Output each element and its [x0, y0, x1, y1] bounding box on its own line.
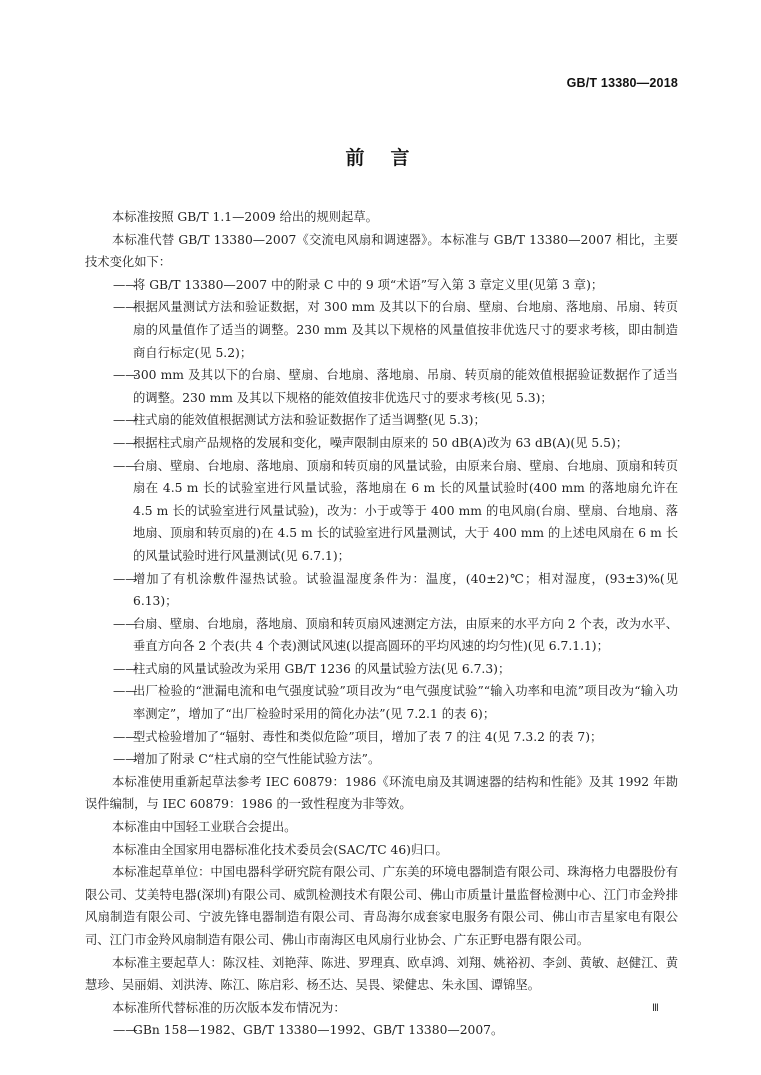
- foreword-body: 本标准按照 GB/T 1.1—2009 给出的规则起草。 本标准代替 GB/T …: [85, 206, 678, 1042]
- paragraph: 本标准起草单位：中国电器科学研究院有限公司、广东美的环境电器制造有限公司、珠海格…: [85, 861, 678, 951]
- dash-mark: ——: [113, 432, 138, 455]
- paragraph: 本标准代替 GB/T 13380—2007《交流电风扇和调速器》。本标准与 GB…: [85, 229, 678, 274]
- dash-mark: ——: [113, 296, 138, 319]
- paragraph: 本标准由中国轻工业联合会提出。: [85, 816, 678, 839]
- dash-mark: ——: [113, 274, 138, 297]
- change-item: ——根据风量测试方法和验证数据，对 300 mm 及其以下的台扇、壁扇、台地扇、…: [85, 296, 678, 364]
- dash-mark: ——: [113, 364, 138, 387]
- change-item: ——增加了有机涂敷件湿热试验。试验温湿度条件为：温度，(40±2)℃；相对湿度，…: [85, 568, 678, 613]
- change-item: ——台扇、壁扇、台地扇、落地扇、顶扇和转页扇的风量试验，由原来台扇、壁扇、台地扇…: [85, 455, 678, 568]
- change-item: ——柱式扇的风量试验改为采用 GB/T 1236 的风量试验方法(见 6.7.3…: [85, 658, 678, 681]
- paragraph: 本标准按照 GB/T 1.1—2009 给出的规则起草。: [85, 206, 678, 229]
- change-item: ——台扇、壁扇、台地扇，落地扇、顶扇和转页扇风速测定方法，由原来的水平方向 2 …: [85, 613, 678, 658]
- change-item: ——根据柱式扇产品规格的发展和变化，噪声限制由原来的 50 dB(A)改为 63…: [85, 432, 678, 455]
- change-item: ——GBn 158—1982、GB/T 13380—1992、GB/T 1338…: [85, 1019, 678, 1042]
- dash-mark: ——: [113, 658, 138, 681]
- change-item: ——柱式扇的能效值根据测试方法和验证数据作了适当调整(见 5.3)；: [85, 409, 678, 432]
- dash-mark: ——: [113, 455, 138, 478]
- change-item: ——增加了附录 C“柱式扇的空气性能试验方法”。: [85, 748, 678, 771]
- paragraph: 本标准使用重新起草法参考 IEC 60879：1986《环流电扇及其调速器的结构…: [85, 771, 678, 816]
- standard-code: GB/T 13380—2018: [567, 76, 678, 90]
- change-item: ——300 mm 及其以下的台扇、壁扇、台地扇、落地扇、吊扇、转页扇的能效值根据…: [85, 364, 678, 409]
- dash-mark: ——: [113, 568, 138, 591]
- page-number: Ⅲ: [652, 1003, 659, 1014]
- dash-mark: ——: [113, 613, 138, 636]
- change-item: ——型式检验增加了“辐射、毒性和类似危险”项目，增加了表 7 的注 4(见 7.…: [85, 726, 678, 749]
- paragraph: 本标准主要起草人：陈汉桂、刘艳萍、陈进、罗理真、欧卓鸿、刘翔、姚裕初、李剑、黄敏…: [85, 952, 678, 997]
- change-item: ——将 GB/T 13380—2007 中的附录 C 中的 9 项“术语”写入第…: [85, 274, 678, 297]
- dash-mark: ——: [113, 409, 138, 432]
- dash-mark: ——: [113, 726, 138, 749]
- dash-mark: ——: [113, 680, 138, 703]
- paragraph: 本标准所代替标准的历次版本发布情况为：: [85, 997, 678, 1020]
- paragraph: 本标准由全国家用电器标准化技术委员会(SAC/TC 46)归口。: [85, 839, 678, 862]
- dash-mark: ——: [113, 1019, 138, 1042]
- dash-mark: ——: [113, 748, 138, 771]
- page-title: 前言: [0, 143, 761, 170]
- change-item: ——出厂检验的“泄漏电流和电气强度试验”项目改为“电气强度试验”“输入功率和电流…: [85, 680, 678, 725]
